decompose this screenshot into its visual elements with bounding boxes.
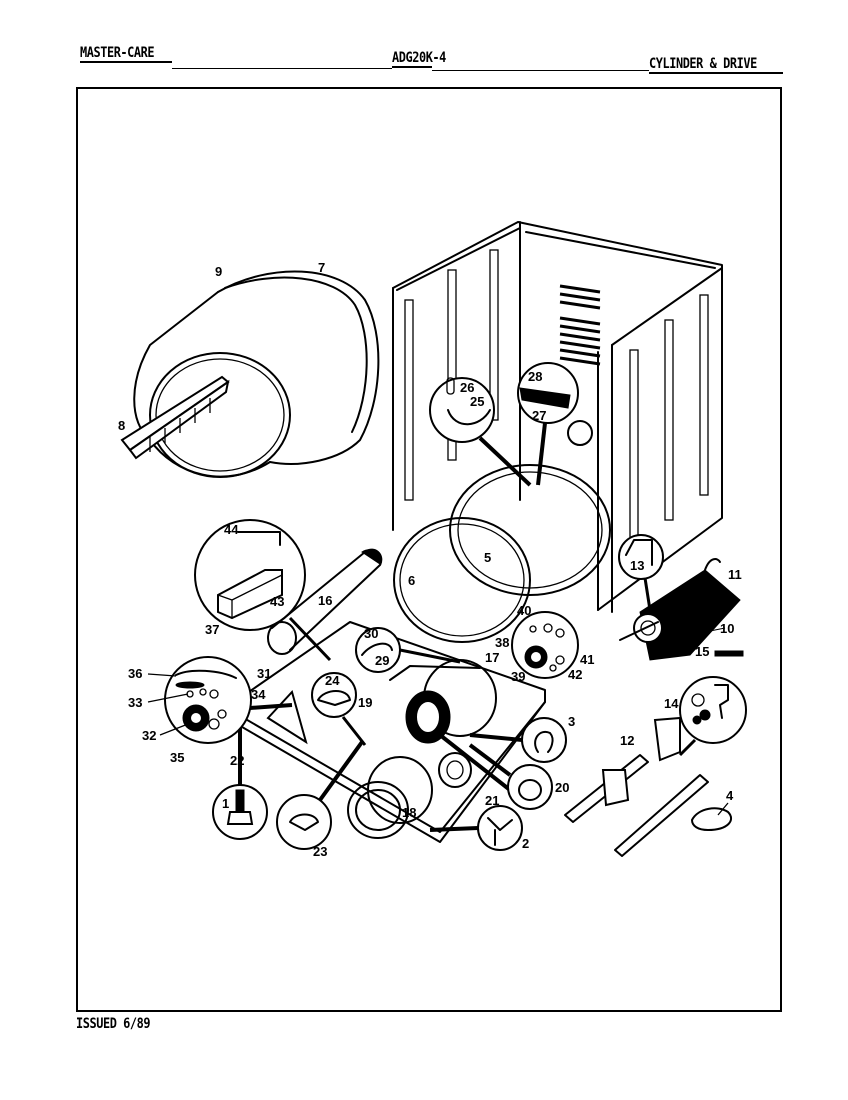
part-label-8: 8	[118, 418, 125, 433]
callout-2: 2	[430, 806, 529, 851]
part-label-43: 43	[270, 594, 284, 609]
baffle	[122, 377, 228, 458]
part-label-4: 4	[726, 788, 734, 803]
part-label-34: 34	[251, 687, 266, 702]
part-label-24: 24	[325, 673, 340, 688]
part-label-12: 12	[620, 733, 634, 748]
part-label-23: 23	[313, 844, 327, 859]
part-label-38: 38	[495, 635, 509, 650]
part-label-22: 22	[230, 753, 244, 768]
part-4: 4	[692, 788, 734, 830]
bearing: 18	[348, 757, 432, 838]
part-label-17: 17	[485, 650, 499, 665]
part-label-3: 3	[568, 714, 575, 729]
part-label-25: 25	[470, 394, 484, 409]
callout-29-30: 30 29	[356, 626, 460, 672]
drum-seal: 6	[394, 518, 530, 642]
part-label-7: 7	[318, 260, 325, 275]
part-label-26: 26	[460, 380, 474, 395]
callout-13: 13	[619, 535, 663, 610]
part-label-18: 18	[402, 805, 416, 820]
part-label-37: 37	[205, 622, 219, 637]
part-label-6: 6	[408, 573, 415, 588]
exploded-parts-diagram: 9 7 8	[0, 0, 848, 1100]
part-label-30: 30	[364, 626, 378, 641]
callout-31-36: 36 31 33 34 32 35	[128, 657, 292, 765]
part-label-2: 2	[522, 836, 529, 851]
part-label-40: 40	[517, 603, 531, 618]
part-label-39: 39	[511, 669, 525, 684]
part-label-11: 11	[728, 567, 742, 582]
part-label-33: 33	[128, 695, 142, 710]
part-label-44: 44	[224, 522, 239, 537]
part-label-9: 9	[215, 264, 222, 279]
part-label-29: 29	[375, 653, 389, 668]
part-label-15: 15	[695, 644, 709, 659]
part-label-35: 35	[170, 750, 184, 765]
part-label-5: 5	[484, 550, 491, 565]
drive-assembly: 17 19 21	[358, 650, 510, 808]
part-label-20: 20	[555, 780, 569, 795]
part-label-16: 16	[318, 593, 332, 608]
drum: 9 7 8	[118, 260, 378, 477]
callout-37-43-44: 44 43 37	[195, 520, 305, 637]
part-label-19: 19	[358, 695, 372, 710]
part-label-1: 1	[222, 796, 229, 811]
part-label-31: 31	[257, 666, 271, 681]
part-label-36: 36	[128, 666, 142, 681]
part-label-10: 10	[720, 621, 734, 636]
part-label-42: 42	[568, 667, 582, 682]
callout-25-26: 26 25	[430, 378, 530, 485]
motor-mount: 12	[565, 718, 708, 856]
rear-vent	[560, 286, 600, 364]
part-label-13: 13	[630, 558, 644, 573]
part-label-14: 14	[664, 696, 679, 711]
part-label-41: 41	[580, 652, 594, 667]
part-label-27: 27	[532, 408, 546, 423]
part-label-28: 28	[528, 369, 542, 384]
part-label-32: 32	[142, 728, 156, 743]
